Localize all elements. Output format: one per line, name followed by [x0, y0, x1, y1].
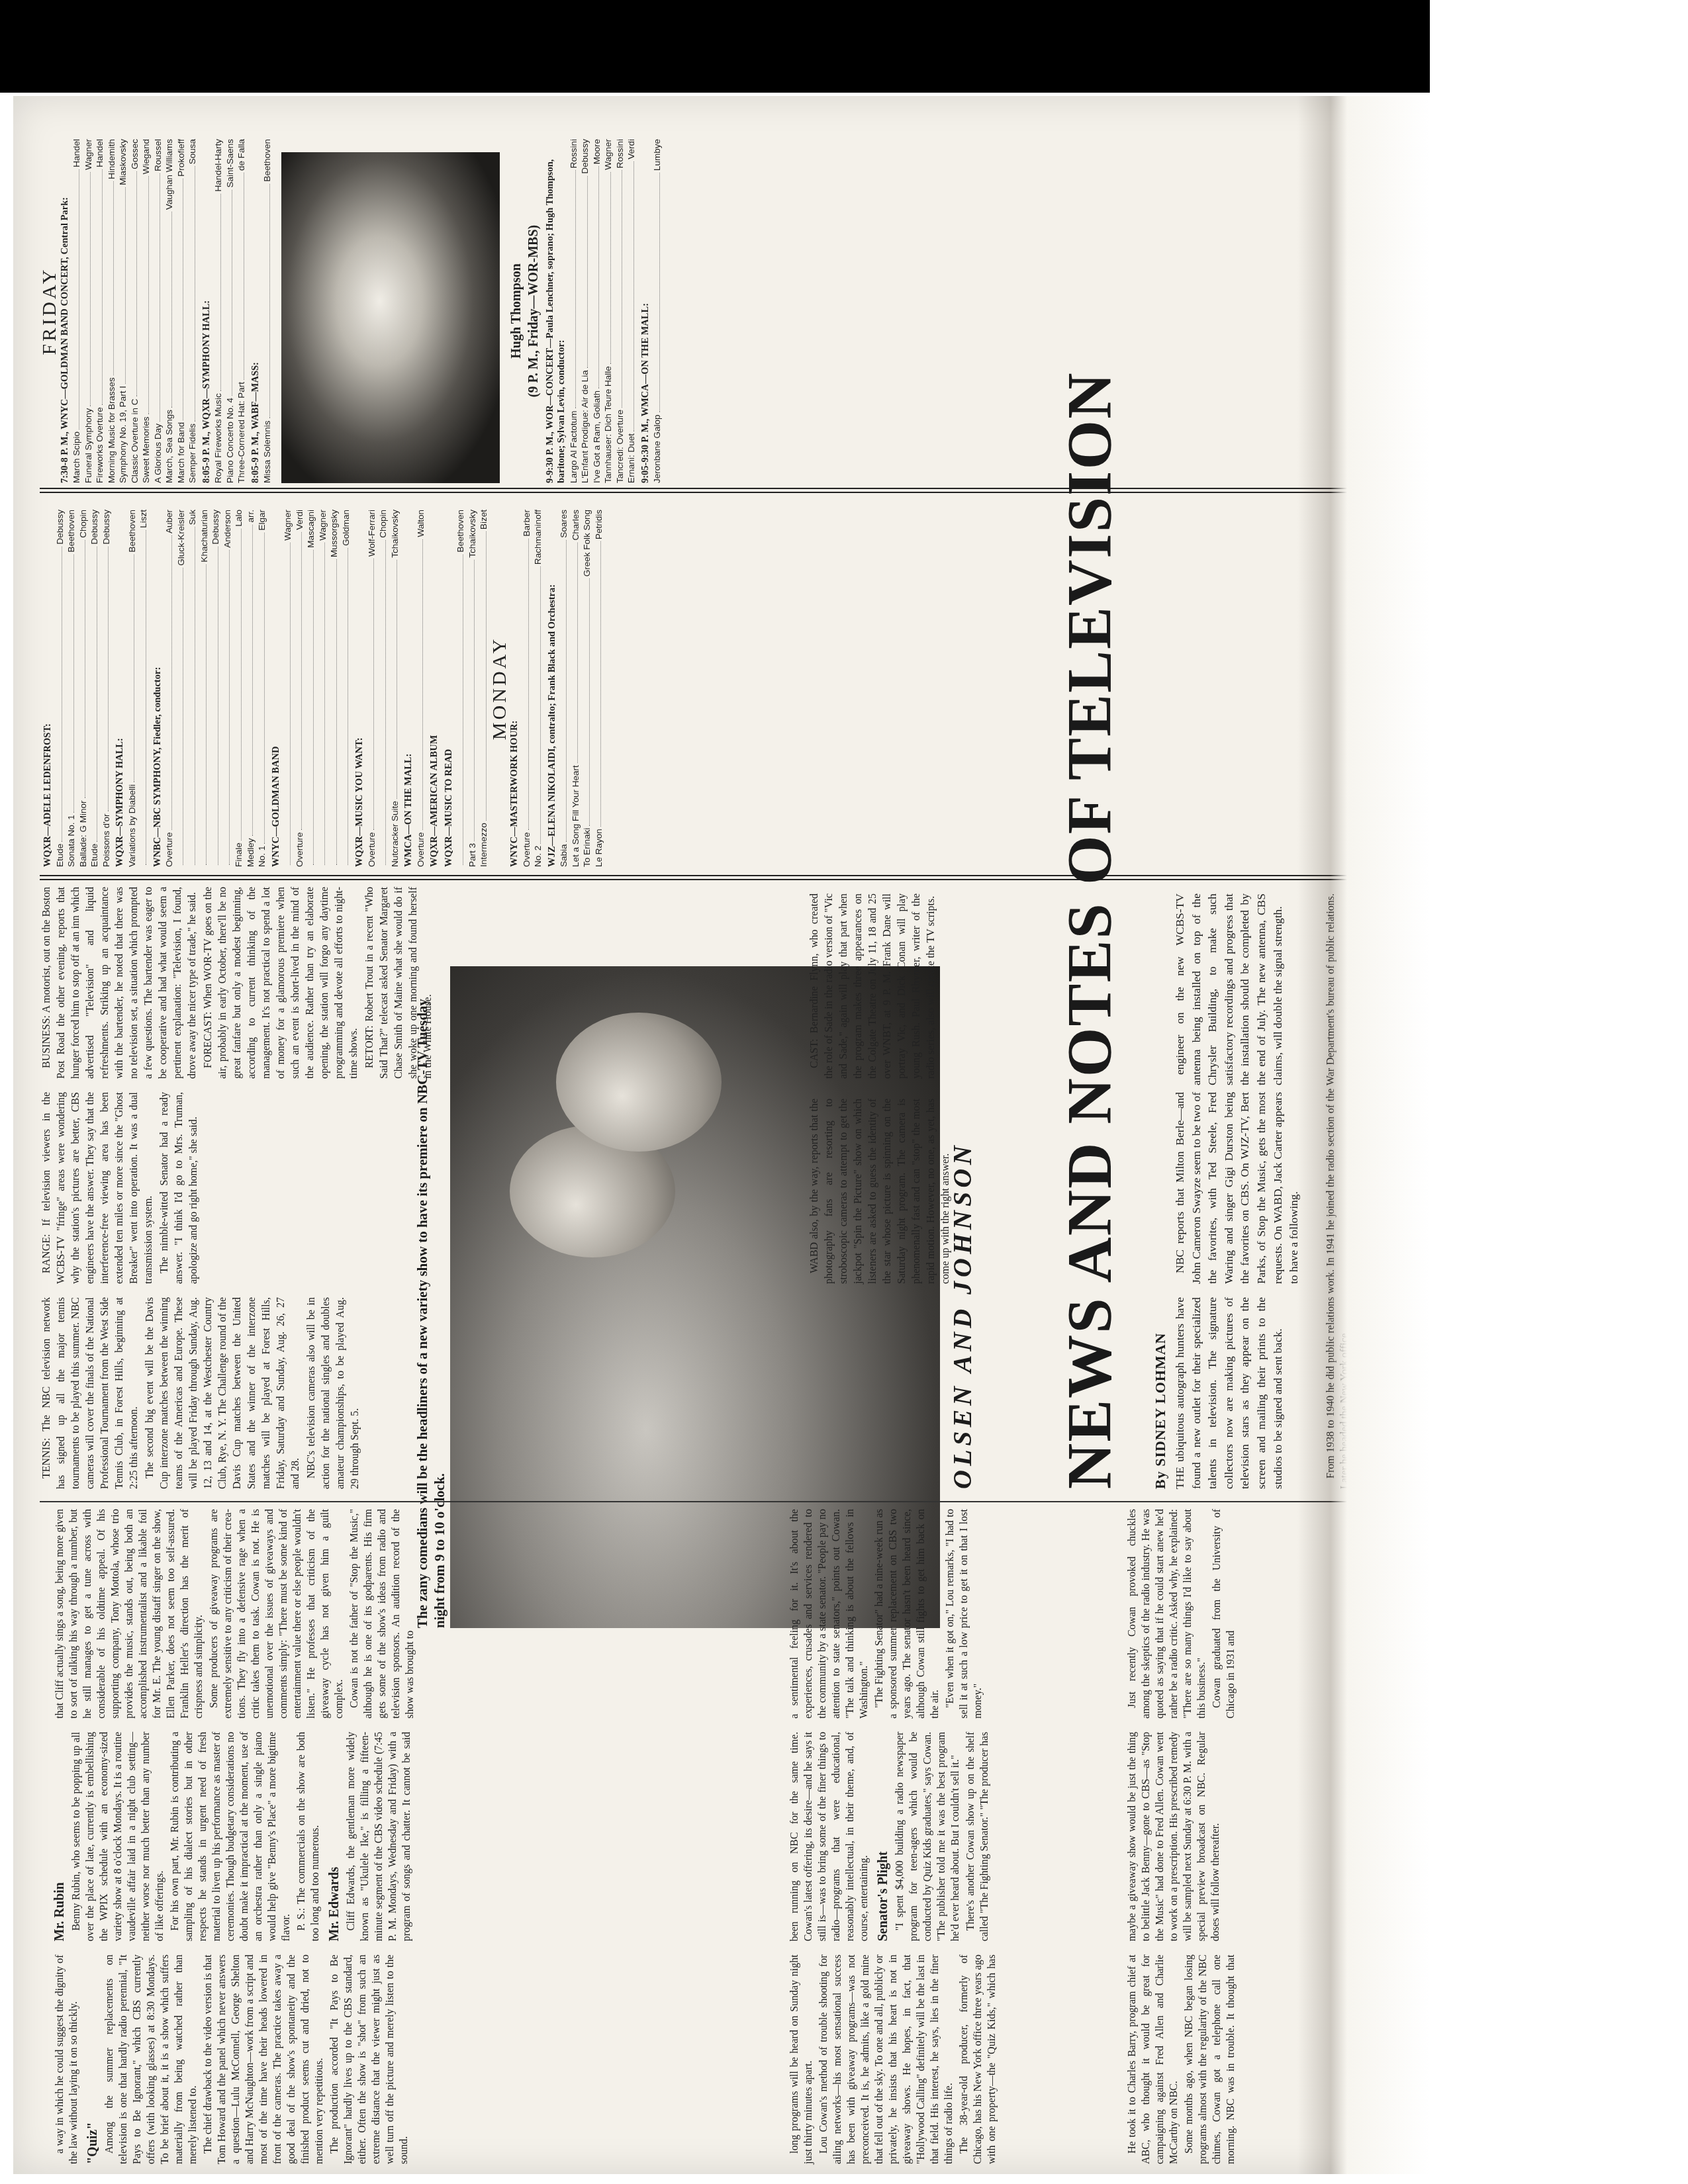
section-heading-quiz: "Quiz" [86, 1954, 100, 2164]
section-heading-mr-edwards: Mr. Edwards [328, 1732, 342, 1942]
cowan-column-2: long programs will be heard on Sunday ni… [788, 1509, 999, 2164]
scan-margin [1430, 0, 1688, 93]
schedule-entry: WNBC—NBC SYMPHONY, Fiedler, conductor: O… [152, 510, 268, 867]
section-heading-mr-rubin: Mr. Rubin [53, 1732, 67, 1942]
left-article: a way in which he could suggest the dign… [53, 1509, 774, 2164]
day-heading-friday: FRIDAY [44, 139, 56, 483]
schedule-entry: 8:05-9 P. M., WQXR—SYMPHONY HALL: Royal … [201, 139, 248, 483]
schedule-entry: WQXR—SYMPHONY HALL: Variations by Diabel… [115, 510, 150, 867]
torn-paper-edge [1099, 96, 1430, 2174]
scan-top-border [0, 0, 1430, 93]
schedule-entry: WQXR—ADELE LEDENFROST: EtudeDebussy Sona… [42, 510, 112, 867]
schedule-entry: WQXR—MUSIC TO READ Beethoven Part 3Tchai… [444, 510, 490, 867]
schedule-monday-column: WQXR—ADELE LEDENFROST: EtudeDebussy Sona… [40, 510, 604, 867]
comedian-face [556, 1013, 722, 1152]
news-bottom-column-2: RANGE: If television viewers in the WCBS… [40, 1092, 203, 1284]
news-bottom-column-1: TENNIS: The NBC television network has s… [40, 1297, 364, 1489]
schedule-entry: WNYC—MASTERWORK HOUR: OvertureBarber No.… [509, 510, 544, 867]
schedule-entry: 9-9:30 P. M., WOR—CONCERT—Paula Lenchner… [545, 139, 637, 483]
section-heading: Senator's Plight [876, 1732, 890, 1942]
portrait-photo-hugh-thompson [281, 152, 500, 483]
news-bottom-column-3: BUSINESS: A motorist, out on the Boston … [40, 887, 437, 1079]
day-heading-monday: MONDAY [494, 510, 506, 867]
schedule-entry: WNYC—GOLDMAN BAND Wagner OvertureVerdi M… [271, 510, 352, 867]
schedule-entry: WQXR—MUSIC YOU WANT: OvertureWolf-Ferrar… [354, 510, 400, 867]
schedule-entry: 9:05-9:30 P. M., WMCA—ON THE MALL: Jeron… [640, 139, 663, 483]
schedule-entry: WJZ—ELENA NIKOLAIDI, contralto; Frank Bl… [547, 510, 605, 867]
schedule-entry: WQXR—AMERICAN ALBUM [429, 510, 441, 867]
schedule-entry: WMCA—ON THE MALL: OvertureWalton [403, 510, 426, 867]
news-column-4: WABD also, by the way, reports that the … [808, 1099, 955, 1284]
schedule-friday-column: FRIDAY 7:30-8 P. M., WNYC—GOLDMAN BAND C… [40, 139, 663, 483]
schedule-entry: 7:30-8 P. M., WNYC—GOLDMAN BAND CONCERT,… [60, 139, 199, 483]
portrait-caption: Hugh Thompson (9 P. M., Friday—WOR-MBS) [508, 139, 542, 483]
news-column-5: CAST: Bernardine Flynn, who created the … [808, 893, 940, 1079]
schedule-entry: 8:05-9 P. M., WABF—MASS: Missa SolemnisB… [250, 139, 273, 483]
